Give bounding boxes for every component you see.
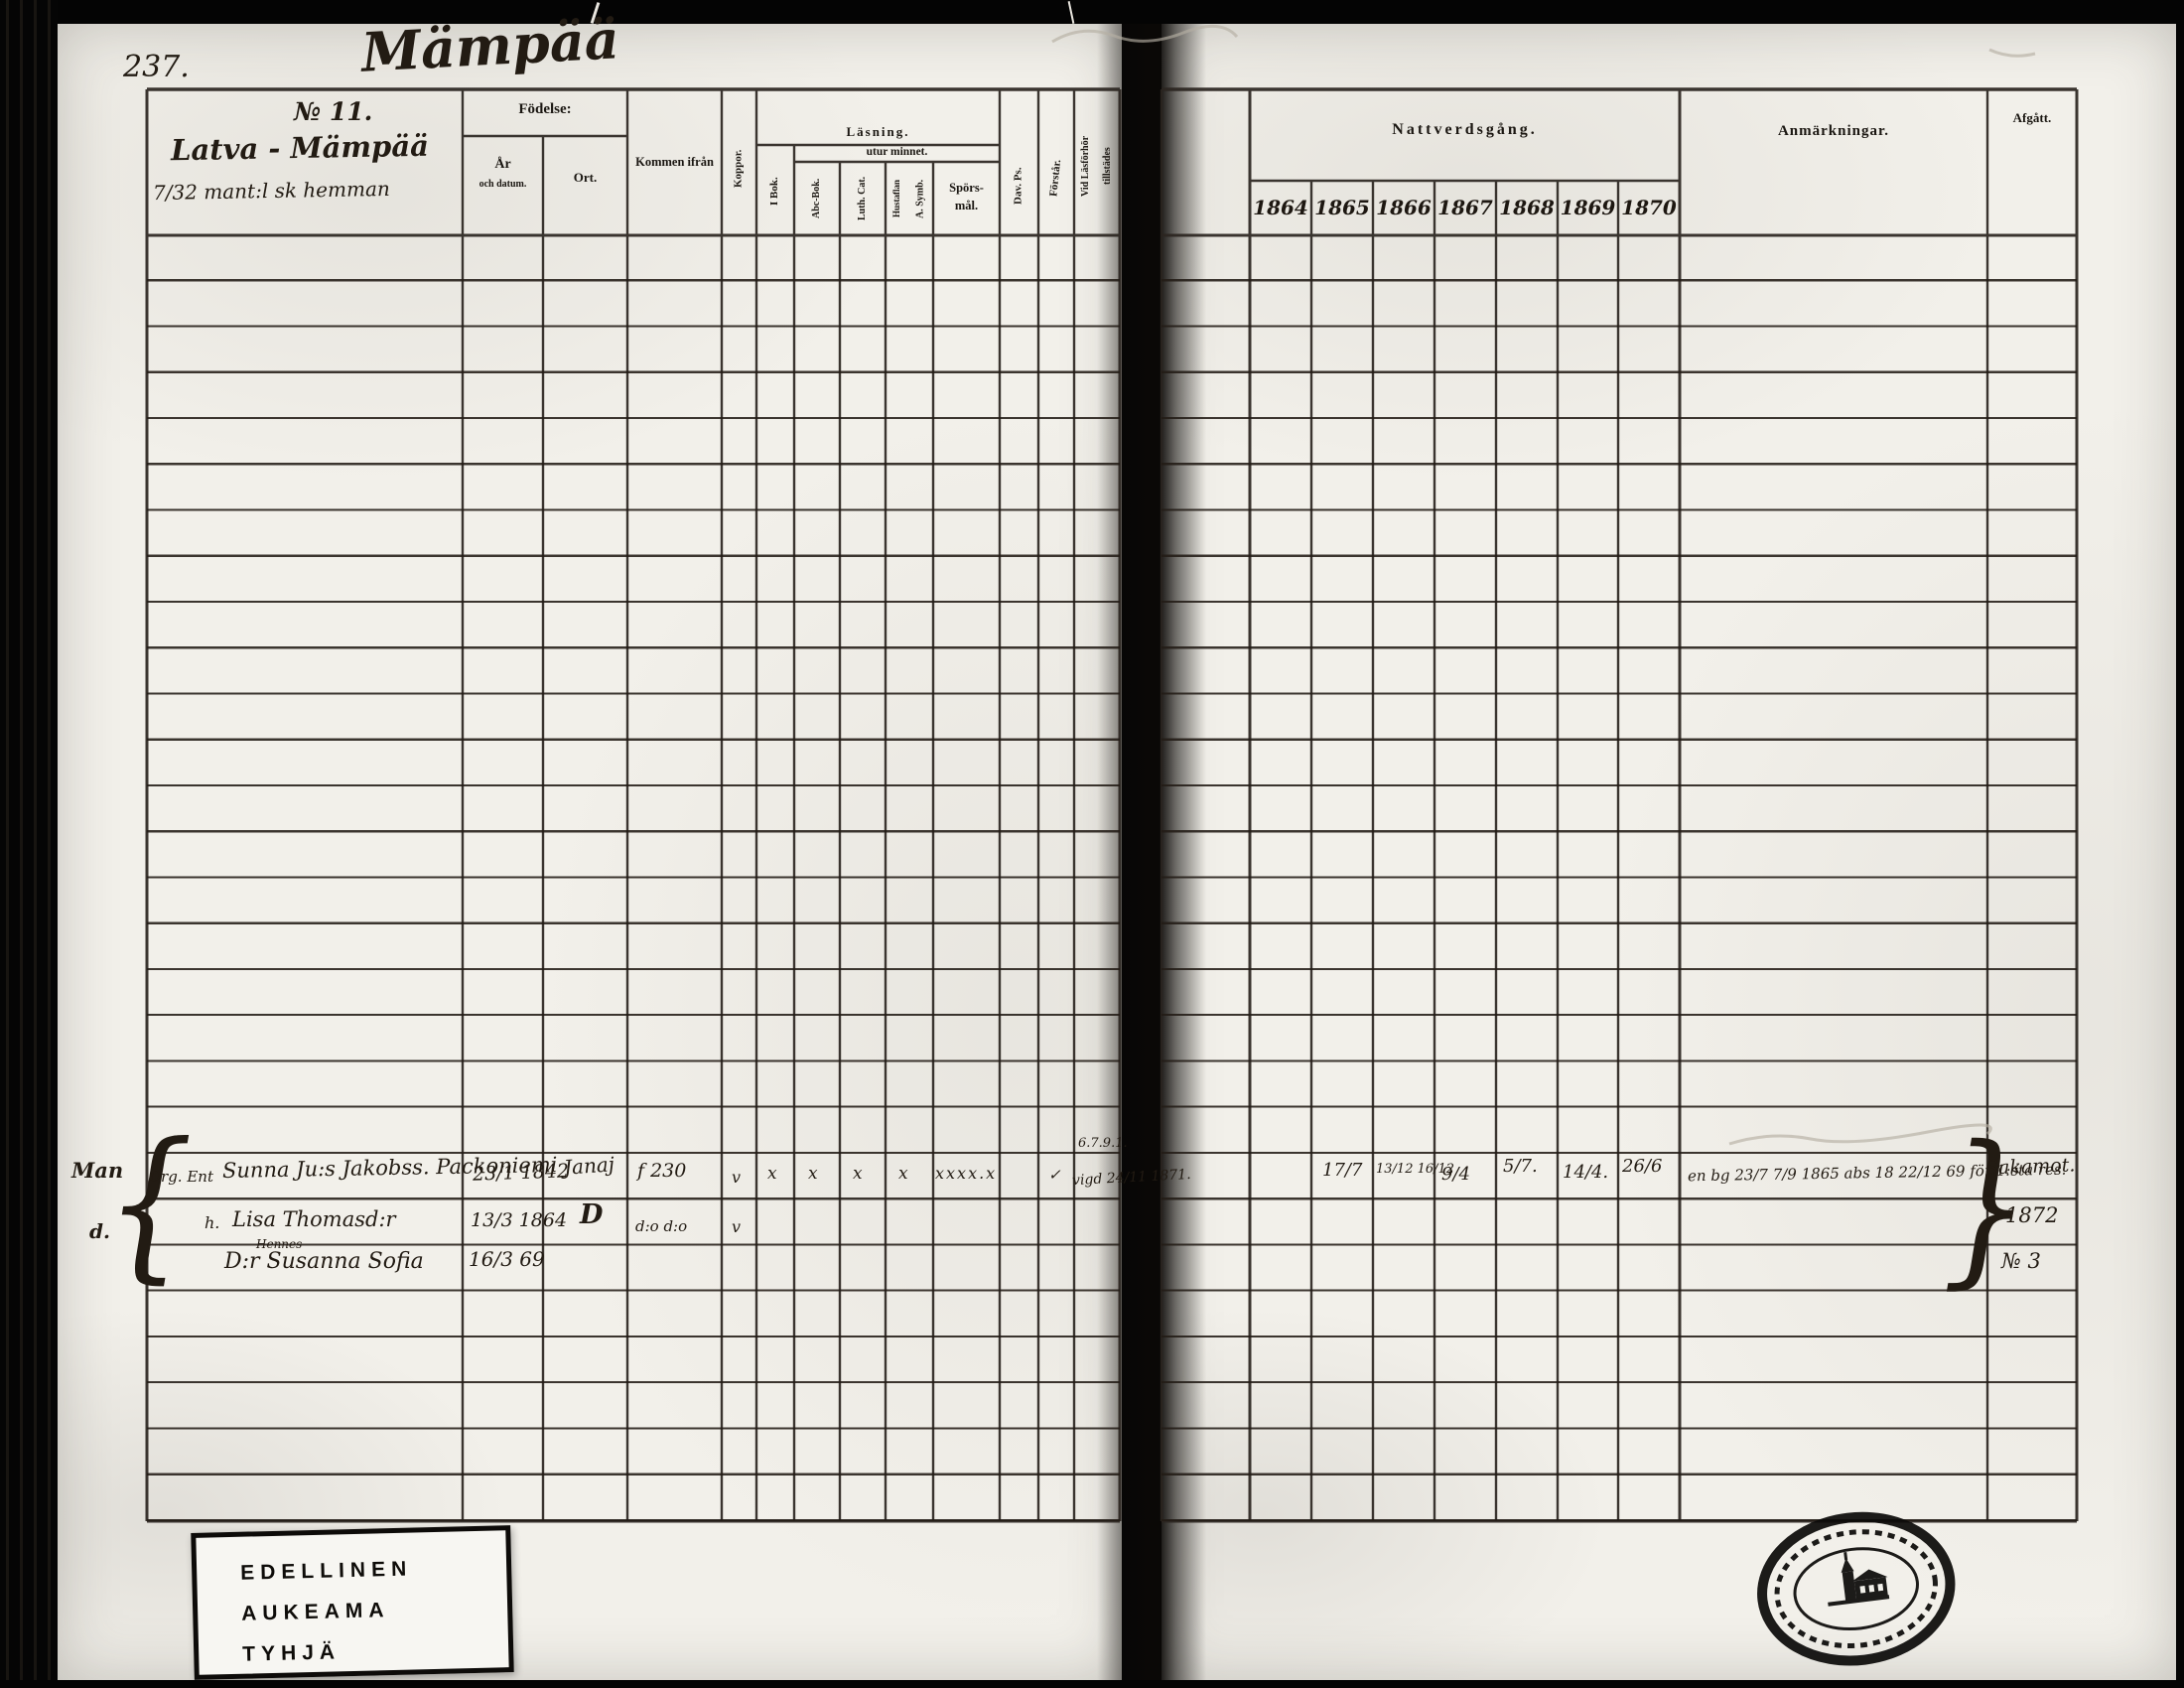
archive-label-line3: TYHJÄ bbox=[242, 1627, 509, 1675]
scanned-parish-register: Mämpää 237. bbox=[0, 0, 2184, 1688]
archive-label-line2: AUKEAMA bbox=[241, 1587, 508, 1634]
archive-label: EDELLINEN AUKEAMA TYHJÄ bbox=[191, 1525, 514, 1680]
church-stamp bbox=[1744, 1497, 1971, 1684]
archive-label-line1: EDELLINEN bbox=[240, 1546, 507, 1594]
church-icon bbox=[1822, 1547, 1890, 1606]
pencil-scribbles bbox=[0, 0, 2184, 1688]
